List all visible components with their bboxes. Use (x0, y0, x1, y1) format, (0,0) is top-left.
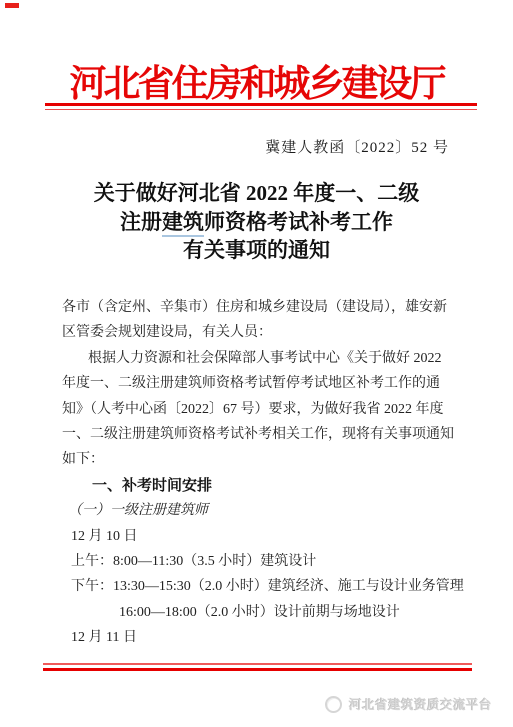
document-number: 冀建人教函〔2022〕52 号 (265, 136, 449, 157)
schedule-afternoon-session-1: 下午：13:30—15:30（2.0 小时）建筑经济、施工与设计业务管理 (62, 574, 458, 599)
spellcheck-underlined-text: 建筑 (162, 210, 204, 237)
watermark: 河北省建筑资质交流平台 (325, 695, 492, 713)
notice-title-line2: 注册建筑师资格考试补考工作 (0, 208, 513, 237)
body-line-paragraph-3: 知》（人考中心函〔2022〕67 号）要求，为做好我省 2022 年度 (62, 397, 458, 422)
footer-divider (43, 663, 472, 671)
notice-title-line2-post: 师资格考试补考工作 (204, 210, 393, 234)
footer-divider-thick-line (43, 668, 472, 671)
schedule-date-dec11: 12 月 11 日 (62, 625, 458, 650)
document-page: 河北省住房和城乡建设厅 冀建人教函〔2022〕52 号 关于做好河北省 2022… (0, 0, 513, 727)
notice-title-line3: 有关事项的通知 (0, 236, 513, 265)
body-line-paragraph-1: 根据人力资源和社会保障部人事考试中心《关于做好 2022 (62, 346, 458, 371)
body-line-paragraph-4: 一、二级注册建筑师资格考试补考相关工作，现将有关事项通知 (62, 422, 458, 447)
watermark-text: 河北省建筑资质交流平台 (349, 695, 492, 713)
subsection-level1-architect: （一）一级注册建筑师 (62, 498, 458, 523)
letterhead-divider (45, 103, 477, 110)
letterhead-divider-thick-line (45, 103, 477, 106)
notice-body: 各市（含定州、辛集市）住房和城乡建设局（建设局），雄安新 区管委会规划建设局，有… (62, 295, 458, 651)
body-line-recipients-2: 区管委会规划建设局，有关人员： (62, 320, 458, 345)
schedule-morning-session: 上午：8:00—11:30（3.5 小时）建筑设计 (62, 549, 458, 574)
notice-title-line2-pre: 注册 (120, 210, 162, 234)
agency-title: 河北省住房和城乡建设厅 (0, 53, 513, 107)
body-line-recipients-1: 各市（含定州、辛集市）住房和城乡建设局（建设局），雄安新 (62, 295, 458, 320)
letterhead-divider-thin-line (45, 109, 477, 110)
footer-divider-thin-line (43, 663, 472, 665)
body-line-paragraph-2: 年度一、二级注册建筑师资格考试暂停考试地区补考工作的通 (62, 371, 458, 396)
schedule-afternoon-session-2: 16:00—18:00（2.0 小时）设计前期与场地设计 (62, 600, 458, 625)
platform-logo-icon (325, 696, 342, 713)
schedule-date-dec10: 12 月 10 日 (62, 524, 458, 549)
notice-title: 关于做好河北省 2022 年度一、二级 注册建筑师资格考试补考工作 有关事项的通… (0, 179, 513, 265)
section-heading-schedule: 一、补考时间安排 (62, 473, 458, 498)
notice-title-line1: 关于做好河北省 2022 年度一、二级 (0, 179, 513, 208)
corner-red-mark (5, 3, 19, 8)
body-line-paragraph-5: 如下： (62, 447, 458, 472)
